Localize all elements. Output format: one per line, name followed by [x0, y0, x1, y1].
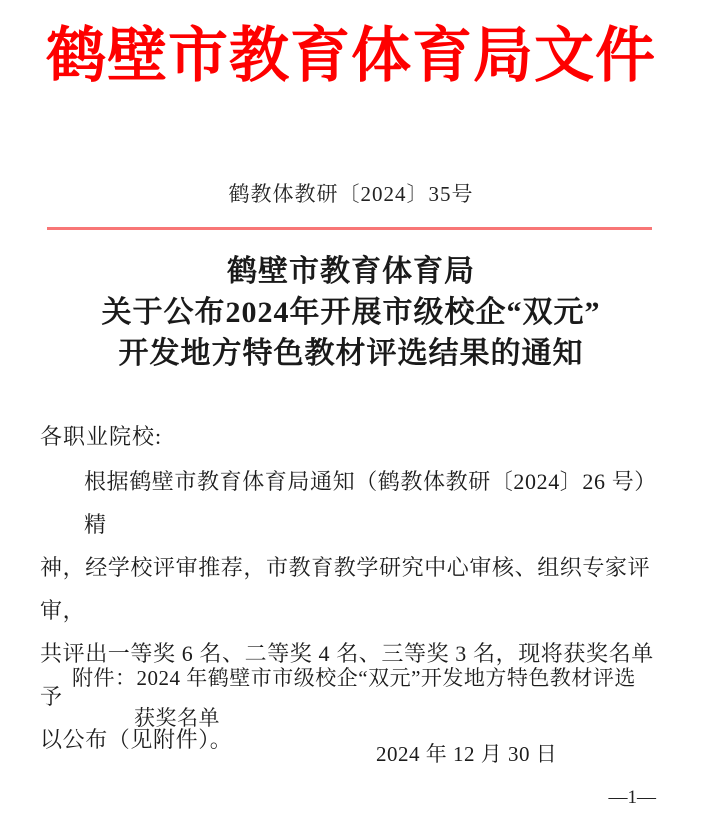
document-number: 鹤教体教研〔2024〕35号 [0, 178, 702, 208]
body-line-2: 神，经学校评审推荐，市教育教学研究中心审核、组织专家评审， [40, 546, 672, 632]
document-title-line-3: 开发地方特色教材评选结果的通知 [0, 333, 702, 374]
attachment-line-2: 获奖名单 [72, 698, 677, 738]
page-number: —1— [609, 787, 657, 809]
document-page: 鹤壁市教育体育局文件 鹤教体教研〔2024〕35号 鹤壁市教育体育局 关于公布2… [0, 0, 702, 824]
document-title: 鹤壁市教育体育局 关于公布2024年开展市级校企“双元” 开发地方特色教材评选结… [0, 251, 702, 374]
document-date: 2024 年 12 月 30 日 [376, 738, 557, 768]
document-header: 鹤壁市教育体育局文件 [0, 16, 702, 96]
salutation: 各职业院校: [40, 420, 162, 451]
body-line-1: 根据鹤壁市教育体育局通知（鹤教体教研〔2024〕26 号）精 [40, 460, 672, 546]
red-divider-line [47, 227, 652, 230]
attachment-section: 附件：2024 年鹤壁市市级校企“双元”开发地方特色教材评选 获奖名单 [72, 658, 677, 738]
attachment-line-1: 附件：2024 年鹤壁市市级校企“双元”开发地方特色教材评选 [72, 658, 677, 698]
document-title-line-2: 关于公布2024年开展市级校企“双元” [0, 292, 702, 333]
document-title-line-1: 鹤壁市教育体育局 [0, 251, 702, 292]
